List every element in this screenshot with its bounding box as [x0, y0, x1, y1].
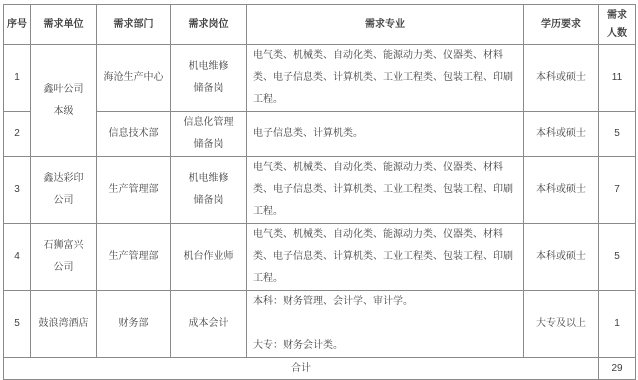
- table-row: 2 信息技术部 信息化管理 储备岗 电子信息类、计算机类。 本科或硕士 5: [4, 112, 636, 157]
- cell-seq: 5: [4, 291, 31, 358]
- header-seq: 序号: [4, 5, 31, 45]
- cell-headcount: 1: [599, 291, 636, 358]
- cell-unit: 石狮富兴 公司: [31, 224, 97, 291]
- header-department: 需求部门: [97, 5, 171, 45]
- cell-headcount: 5: [599, 224, 636, 291]
- header-position: 需求岗位: [171, 5, 247, 45]
- header-education: 学历要求: [524, 5, 599, 45]
- cell-headcount: 11: [599, 45, 636, 112]
- cell-department: 生产管理部: [97, 157, 171, 224]
- cell-department: 财务部: [97, 291, 171, 358]
- header-headcount: 需求 人数: [599, 5, 636, 45]
- cell-department: 生产管理部: [97, 224, 171, 291]
- cell-department: 海沧生产中心: [97, 45, 171, 112]
- cell-seq: 3: [4, 157, 31, 224]
- cell-education: 本科或硕士: [524, 112, 599, 157]
- cell-unit: 鑫叶公司 本级: [31, 45, 97, 157]
- cell-position: 机电维修 储备岗: [171, 157, 247, 224]
- header-unit: 需求单位: [31, 5, 97, 45]
- total-row: 合计 29: [4, 358, 636, 380]
- table-row: 5 鼓浪湾酒店 财务部 成本会计 本科：财务管理、会计学、审计学。 大专：财务会…: [4, 291, 636, 358]
- header-major: 需求专业: [247, 5, 524, 45]
- header-row: 序号 需求单位 需求部门 需求岗位 需求专业 学历要求 需求 人数: [4, 5, 636, 45]
- cell-unit: 鑫达彩印 公司: [31, 157, 97, 224]
- cell-education: 本科或硕士: [524, 157, 599, 224]
- cell-major: 电气类、机械类、自动化类、能源动力类、仪器类、材料类、电子信息类、计算机类、工业…: [247, 224, 524, 291]
- cell-major: 本科：财务管理、会计学、审计学。 大专：财务会计类。: [247, 291, 524, 358]
- cell-headcount: 7: [599, 157, 636, 224]
- cell-unit: 鼓浪湾酒店: [31, 291, 97, 358]
- cell-education: 大专及以上: [524, 291, 599, 358]
- cell-position: 信息化管理 储备岗: [171, 112, 247, 157]
- cell-education: 本科或硕士: [524, 224, 599, 291]
- cell-major: 电子信息类、计算机类。: [247, 112, 524, 157]
- cell-position: 机电维修 储备岗: [171, 45, 247, 112]
- cell-seq: 2: [4, 112, 31, 157]
- cell-seq: 4: [4, 224, 31, 291]
- cell-position: 机台作业师: [171, 224, 247, 291]
- table-row: 1 鑫叶公司 本级 海沧生产中心 机电维修 储备岗 电气类、机械类、自动化类、能…: [4, 45, 636, 112]
- cell-major: 电气类、机械类、自动化类、能源动力类、仪器类、材料类、电子信息类、计算机类、工业…: [247, 45, 524, 112]
- cell-position: 成本会计: [171, 291, 247, 358]
- total-label-cell: 合计: [4, 358, 599, 380]
- table-row: 3 鑫达彩印 公司 生产管理部 机电维修 储备岗 电气类、机械类、自动化类、能源…: [4, 157, 636, 224]
- cell-department: 信息技术部: [97, 112, 171, 157]
- cell-headcount: 5: [599, 112, 636, 157]
- cell-seq: 1: [4, 45, 31, 112]
- total-headcount-cell: 29: [599, 358, 636, 380]
- cell-education: 本科或硕士: [524, 45, 599, 112]
- table-row: 4 石狮富兴 公司 生产管理部 机台作业师 电气类、机械类、自动化类、能源动力类…: [4, 224, 636, 291]
- cell-major: 电气类、机械类、自动化类、能源动力类、仪器类、材料类、电子信息类、计算机类、工业…: [247, 157, 524, 224]
